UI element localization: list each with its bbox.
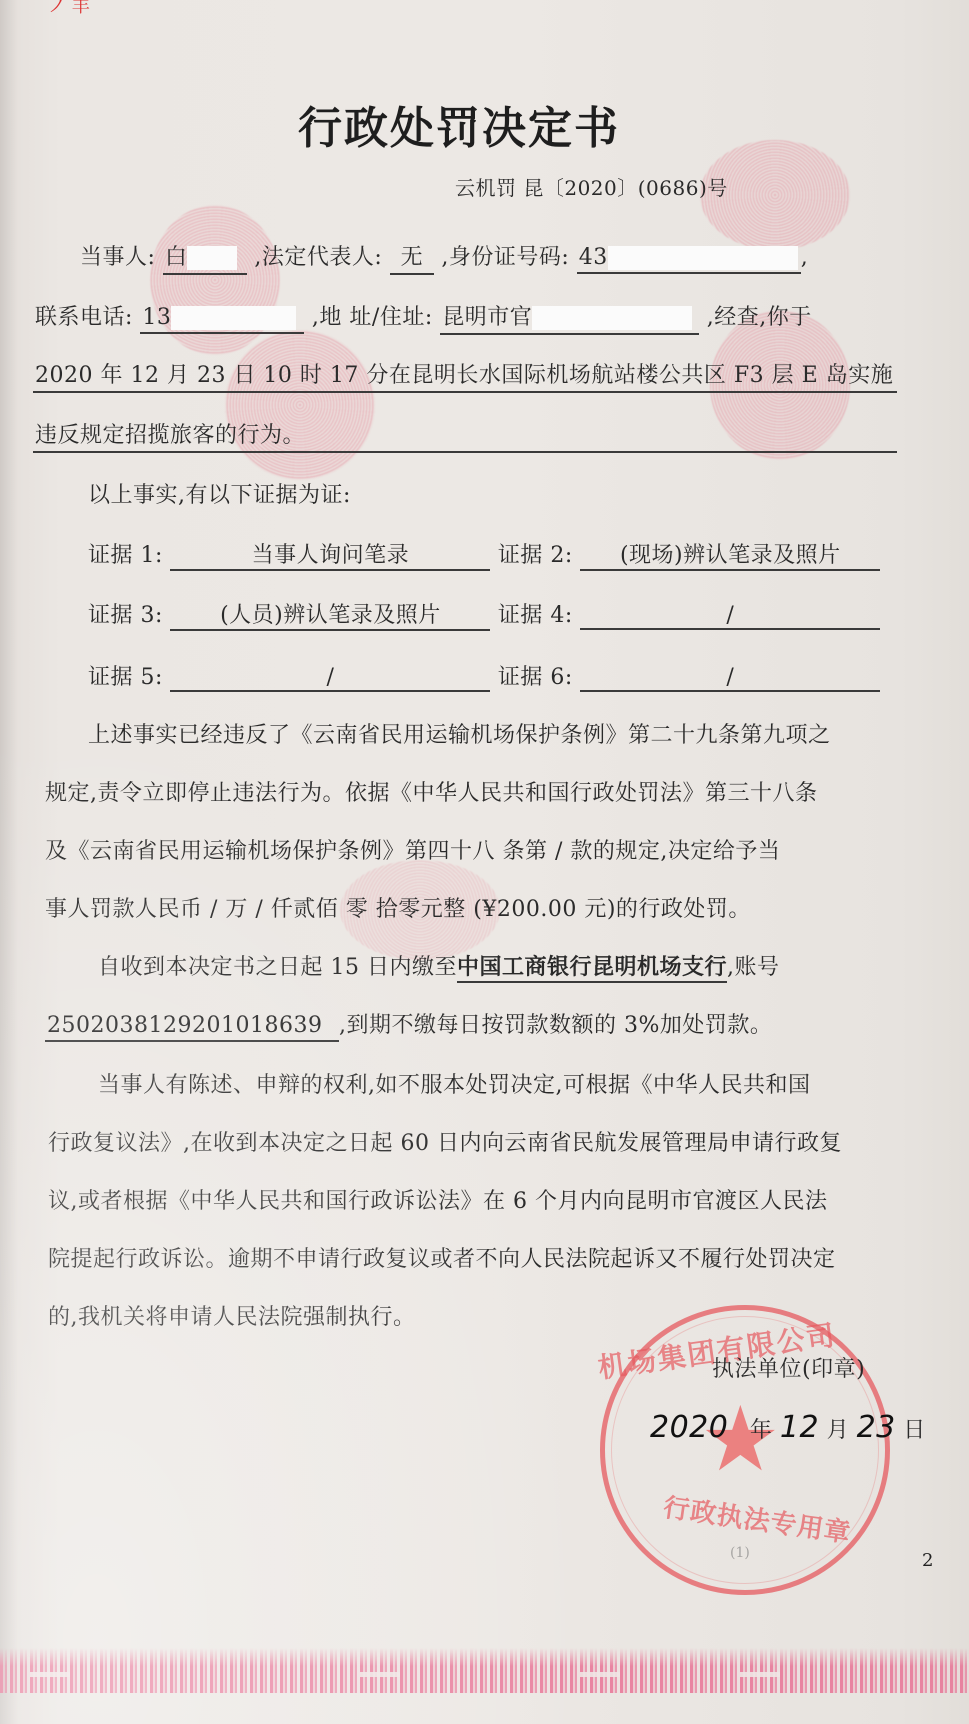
payment-line-2: 2502038129201018639,到期不缴每日按罚款数额的 3%加处罚款。: [45, 1008, 772, 1042]
rights-line-1: 当事人有陈述、申辩的权利,如不服本处罚决定,可根据《中华人民共和国: [98, 1068, 811, 1099]
document-page: ノ 丰 行政处罚决定书 云机罚 昆〔2020〕(0686)号 当事人: 白 ,法…: [0, 0, 969, 1724]
account-number: 2502038129201018639: [45, 1013, 339, 1042]
bank-name: 中国工商银行昆明机场支行: [457, 950, 727, 983]
evidence-row: 证据 5: / 证据 6: /: [88, 660, 880, 692]
contact-line: 联系电话: 13 ,地 址/住址: 昆明市官 ,经查,你于: [35, 300, 812, 335]
page-title: 行政处罚决定书: [298, 92, 620, 156]
party-name-field: 白: [163, 240, 247, 275]
rights-line-5: 的,我机关将申请人民法院强制执行。: [48, 1300, 416, 1331]
phone-field: 13: [140, 305, 304, 334]
violation-line-2: 规定,责令立即停止违法行为。依据《中华人民共和国行政处罚法》第三十八条: [45, 776, 818, 807]
handwritten-day: 23: [857, 1410, 896, 1445]
strip-gap: [740, 1672, 780, 1677]
id-number-field: 43: [577, 245, 801, 274]
party-line: 当事人: 白 ,法定代表人: 无 ,身份证号码: 43,: [80, 240, 808, 275]
violation-line-3: 及《云南省民用运输机场保护条例》第四十八 条第 / 款的规定,决定给予当: [45, 834, 780, 865]
payment-line-1: 自收到本决定书之日起 15 日内缴至中国工商银行昆明机场支行,账号: [98, 950, 780, 983]
handwritten-year: 2020: [650, 1410, 728, 1445]
legal-rep-field: 无: [390, 240, 434, 275]
evidence-1-value: 当事人询问笔录: [170, 538, 490, 571]
address-field: 昆明市官: [440, 300, 699, 335]
enforcement-unit-label: 执法单位(印章): [712, 1352, 865, 1383]
facts-line-1: 2020 年 12 月 23 日 10 时 17 分在昆明长水国际机场航站楼公共…: [33, 358, 897, 393]
strip-gap: [360, 1672, 400, 1677]
violation-line-1: 上述事实已经违反了《云南省民用运输机场保护条例》第二十九条第九项之: [88, 718, 831, 749]
evidence-row: 证据 3: (人员)辨认笔录及照片 证据 4: /: [88, 598, 880, 631]
evidence-5-value: /: [170, 665, 490, 692]
handwritten-month: 12: [780, 1410, 819, 1445]
facts-line-2: 违反规定招揽旅客的行为。: [33, 418, 897, 453]
evidence-2-value: (现场)辨认笔录及照片: [580, 538, 880, 571]
strip-gap: [580, 1672, 620, 1677]
security-pattern-strip: [0, 1648, 969, 1693]
document-number: 云机罚 昆〔2020〕(0686)号: [455, 172, 728, 201]
page-number: 2: [922, 1550, 933, 1571]
official-seal: 机场集团有限公司 ★ 行政执法专用章 (1): [600, 1305, 890, 1595]
evidence-4-value: /: [580, 603, 880, 630]
rights-line-2: 行政复议法》,在收到本决定之日起 60 日内向云南省民航发展管理局申请行政复: [48, 1126, 842, 1157]
top-red-mark: ノ 丰: [48, 0, 90, 18]
evidence-intro: 以上事实,有以下证据为证:: [88, 478, 351, 509]
signature-date: 2020 年 12 月 23 日: [650, 1410, 926, 1445]
fingerprint-mark: [225, 330, 375, 480]
seal-number: (1): [730, 1545, 750, 1561]
strip-gap: [30, 1672, 70, 1677]
rights-line-3: 议,或者根据《中华人民共和国行政诉讼法》在 6 个月内向昆明市官渡区人民法: [48, 1184, 827, 1215]
evidence-3-value: (人员)辨认笔录及照片: [170, 598, 490, 631]
evidence-row: 证据 1: 当事人询问笔录 证据 2: (现场)辨认笔录及照片: [88, 538, 880, 571]
evidence-6-value: /: [580, 665, 880, 692]
violation-line-4: 事人罚款人民币 / 万 / 仟贰佰 零 拾零元整 (¥200.00 元)的行政处…: [45, 892, 751, 923]
rights-line-4: 院提起行政诉讼。逾期不申请行政复议或者不向人民法院起诉又不履行处罚决定: [48, 1242, 836, 1273]
